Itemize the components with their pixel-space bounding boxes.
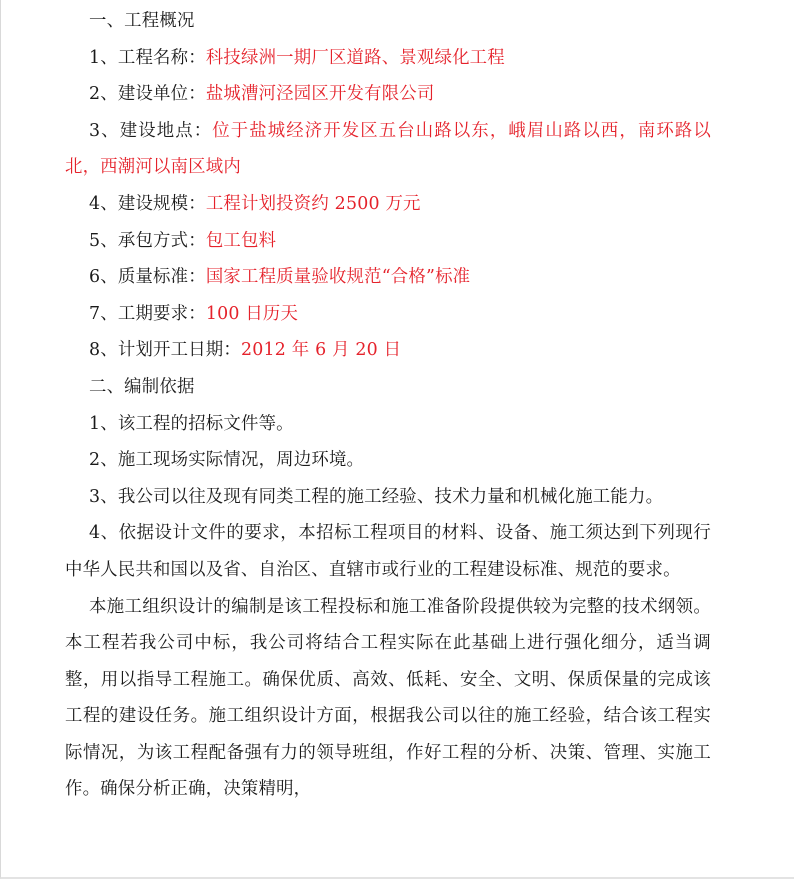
body-paragraph: 本施工组织设计的编制是该工程投标和施工准备阶段提供较为完整的技术纲领。本工程若我… bbox=[65, 589, 711, 809]
basis-item-4: 4、依据设计文件的要求，本招标工程项目的材料、设备、施工须达到下列现行中华人民共… bbox=[65, 515, 711, 588]
item-project-name: 1、工程名称：科技绿洲一期厂区道路、景观绿化工程 bbox=[65, 40, 711, 77]
document-page: 一、工程概况 1、工程名称：科技绿洲一期厂区道路、景观绿化工程 2、建设单位：盐… bbox=[0, 0, 794, 879]
section-heading-basis: 二、编制依据 bbox=[65, 369, 711, 406]
basis-item-2: 2、施工现场实际情况，周边环境。 bbox=[65, 442, 711, 479]
basis-item-3: 3、我公司以往及现有同类工程的施工经验、技术力量和机械化施工能力。 bbox=[65, 479, 711, 516]
document-body: 一、工程概况 1、工程名称：科技绿洲一期厂区道路、景观绿化工程 2、建设单位：盐… bbox=[65, 3, 711, 808]
item-value: 2012 年 6 月 20 日 bbox=[241, 340, 401, 360]
item-label: 4、建设规模： bbox=[89, 194, 206, 214]
item-label: 2、建设单位： bbox=[89, 84, 206, 104]
item-value: 工程计划投资约 2500 万元 bbox=[206, 194, 421, 214]
item-value: 科技绿洲一期厂区道路、景观绿化工程 bbox=[206, 48, 505, 68]
item-construction-unit: 2、建设单位：盐城漕河泾园区开发有限公司 bbox=[65, 76, 711, 113]
item-value: 100 日历天 bbox=[206, 304, 298, 324]
item-quality-standard: 6、质量标准：国家工程质量验收规范“合格”标准 bbox=[65, 259, 711, 296]
item-construction-site: 3、建设地点：位于盐城经济开发区五台山路以东，峨眉山路以西，南环路以北，西潮河以… bbox=[65, 113, 711, 186]
basis-item-1: 1、该工程的招标文件等。 bbox=[65, 406, 711, 443]
item-duration: 7、工期要求：100 日历天 bbox=[65, 296, 711, 333]
item-value: 国家工程质量验收规范“合格”标准 bbox=[206, 267, 470, 287]
item-construction-scale: 4、建设规模：工程计划投资约 2500 万元 bbox=[65, 186, 711, 223]
item-label: 1、工程名称： bbox=[89, 48, 206, 68]
item-value: 包工包料 bbox=[206, 231, 276, 251]
item-start-date: 8、计划开工日期：2012 年 6 月 20 日 bbox=[65, 332, 711, 369]
item-label: 3、建设地点： bbox=[89, 121, 212, 141]
section-heading-overview: 一、工程概况 bbox=[65, 3, 711, 40]
item-contract-method: 5、承包方式：包工包料 bbox=[65, 223, 711, 260]
item-label: 7、工期要求： bbox=[89, 304, 206, 324]
item-value: 盐城漕河泾园区开发有限公司 bbox=[206, 84, 435, 104]
item-label: 5、承包方式： bbox=[89, 231, 206, 251]
item-label: 6、质量标准： bbox=[89, 267, 206, 287]
item-label: 8、计划开工日期： bbox=[89, 340, 241, 360]
